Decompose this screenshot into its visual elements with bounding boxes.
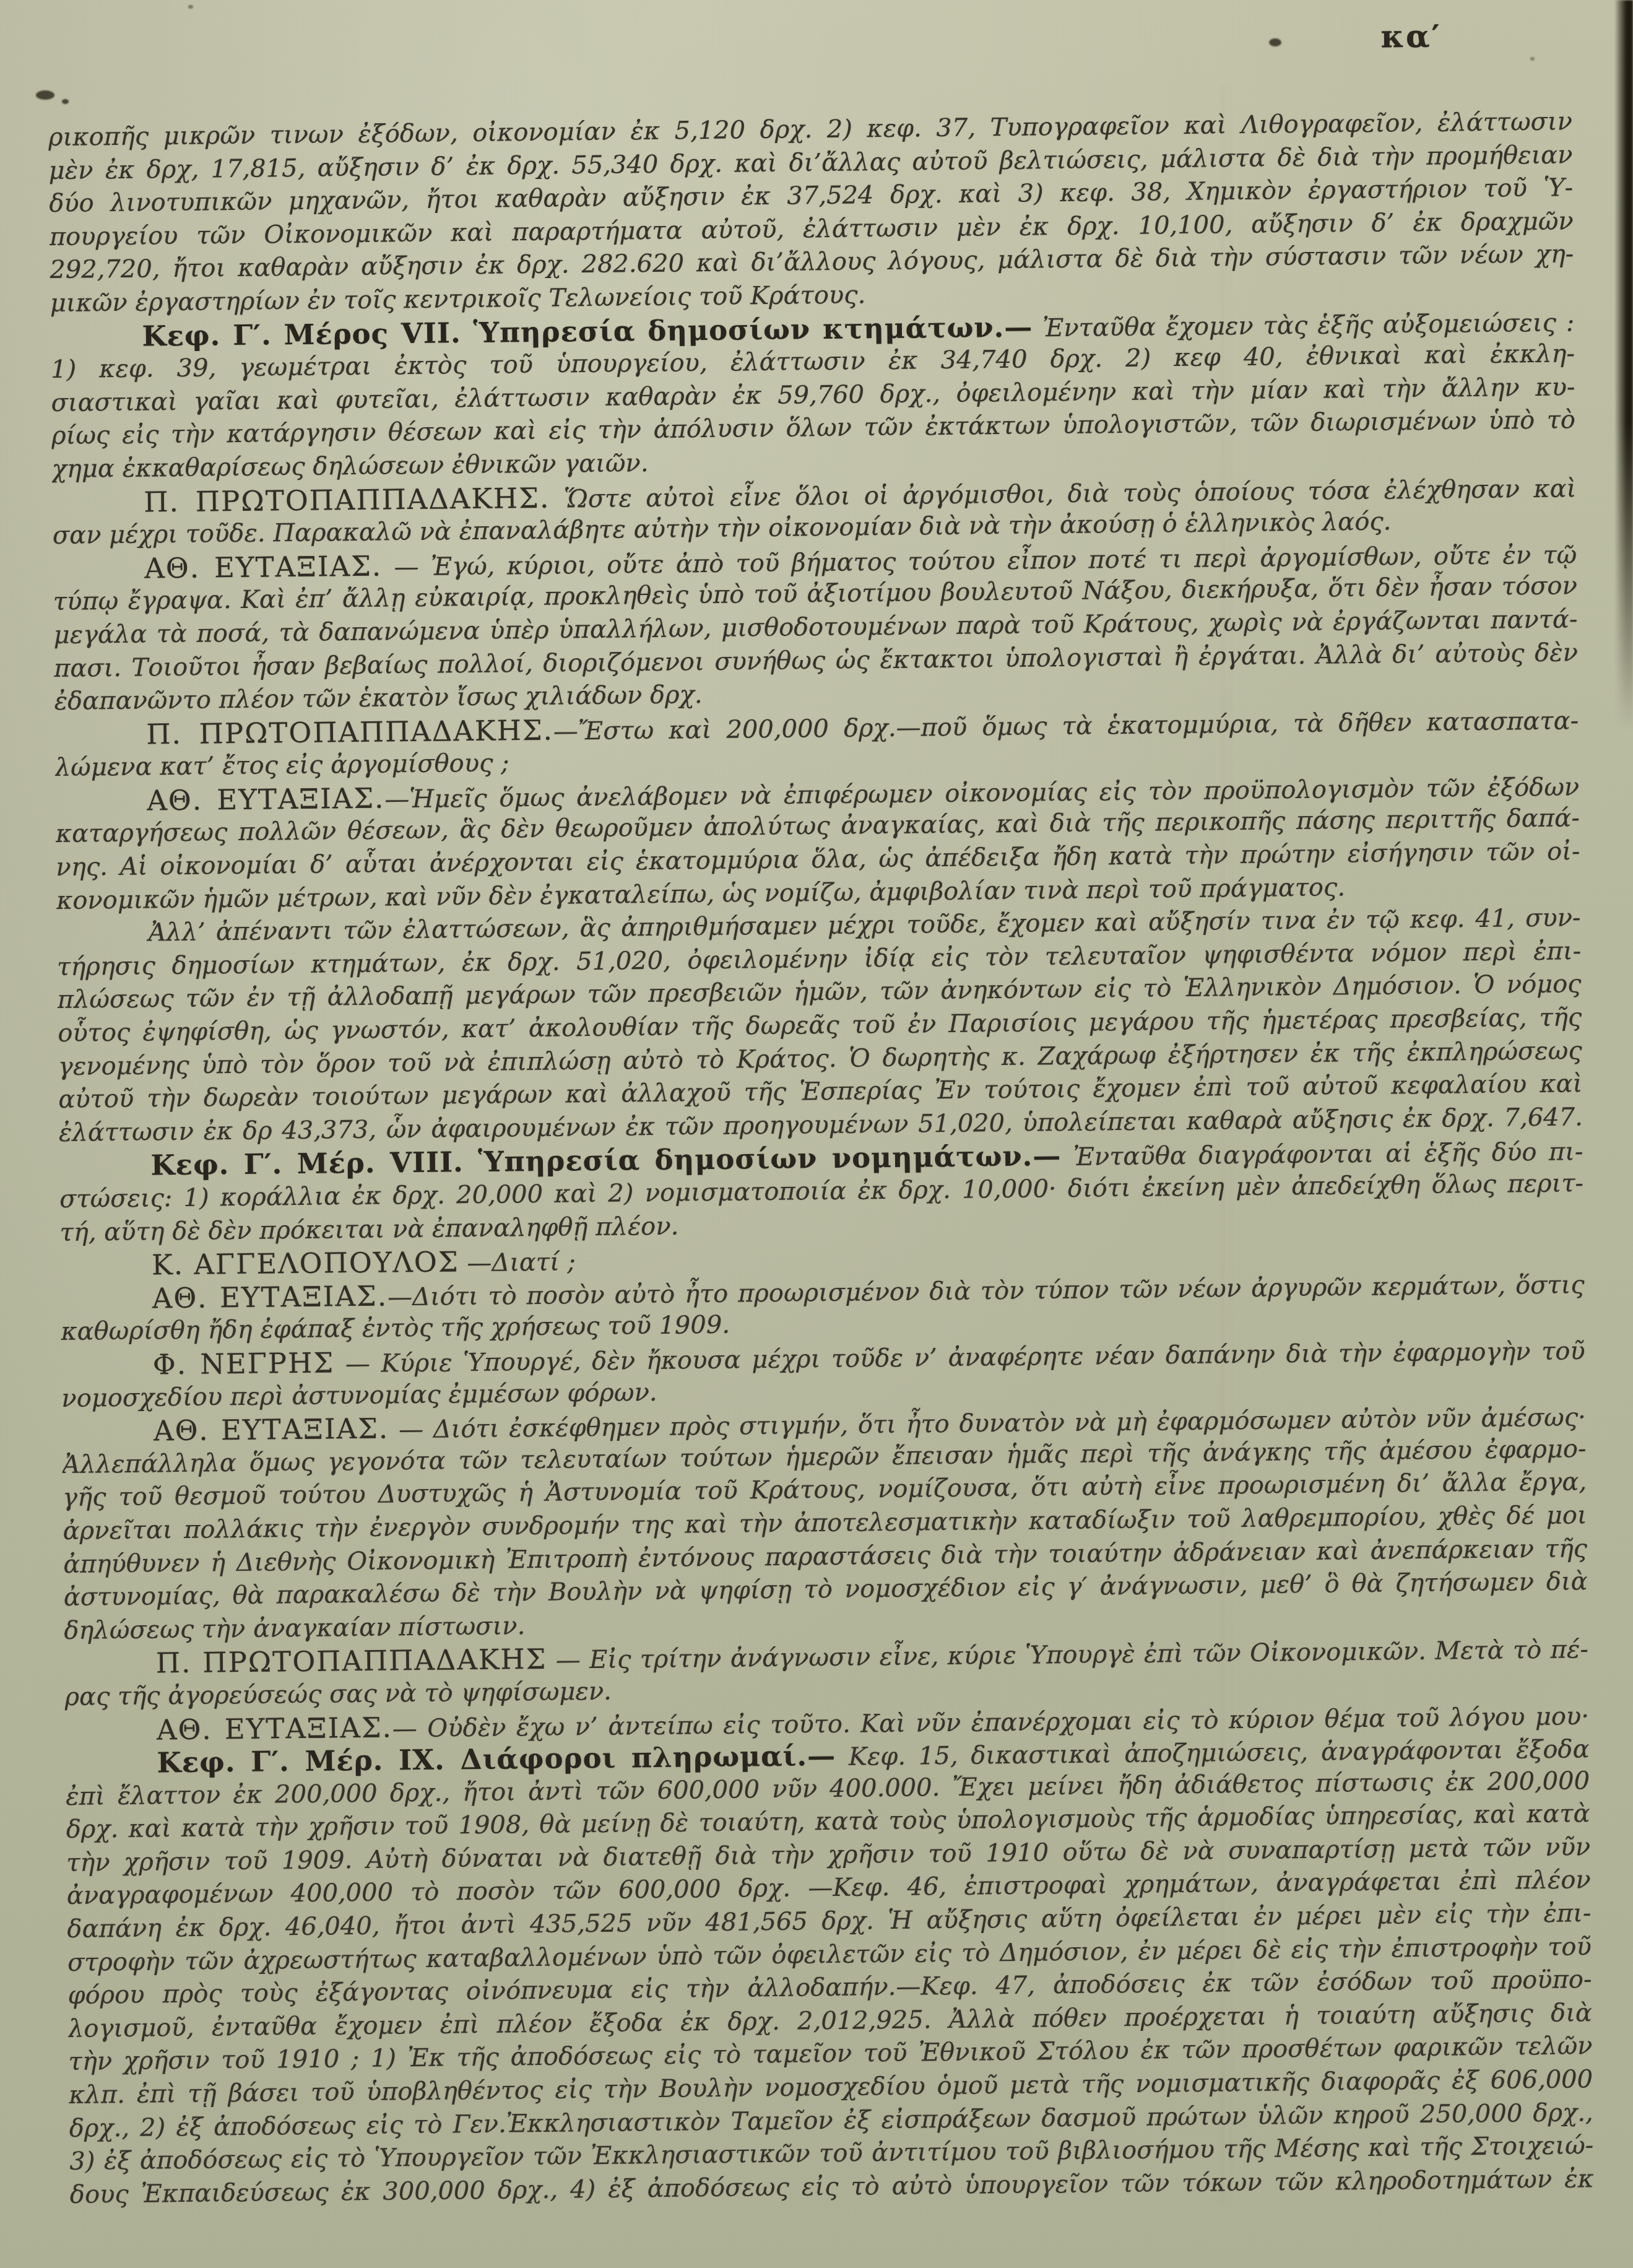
- body-text: δηλώσεως τὴν ἀναγκαίαν πίστωσιν.: [64, 1612, 525, 1645]
- speaker-name: ΑΘ. ΕΥΤΑΞΙΑΣ.: [154, 1412, 389, 1448]
- speaker-name: Π. ΠΡΩΤΟΠΑΠΠΑΔΑΚΗΣ.: [144, 481, 550, 518]
- speaker-name: Π. ΠΡΩΤΟΠΑΠΠΑΔΑΚΗΣ.: [146, 713, 553, 750]
- body-text: τή, αὕτη δὲ δὲν πρόκειται νὰ ἐπαναληφθῇ …: [59, 1212, 678, 1246]
- body-text: καθωρίσθη ἤδη ἐφάπαξ ἐντὸς τῆς χρήσεως τ…: [61, 1311, 730, 1346]
- body-text: λώμενα κατ’ ἔτος εἰς ἀργομίσθους ;: [55, 749, 509, 783]
- speaker-name: Π. ΠΡΩΤΟΠΑΠΠΑΔΑΚΗΣ: [156, 1643, 547, 1680]
- body-text: ἐδαπανῶντο πλέον τῶν ἑκατὸν ἴσως χιλιάδω…: [54, 680, 702, 716]
- speaker-name: Φ. ΝΕΓΡΗΣ: [153, 1346, 335, 1381]
- text-block: ρικοπῆς μικρῶν τινων ἐξόδων, οἰκονομίαν …: [48, 105, 1594, 2212]
- scanned-page: κα′ ρικοπῆς μικρῶν τινων ἐξόδων, οἰκονομ…: [0, 0, 1633, 2268]
- page-edge-shadow: [1614, 0, 1633, 731]
- speaker-name: ΑΘ. ΕΥΤΑΞΙΑΣ.: [157, 1711, 392, 1746]
- body-text: μικῶν ἐργαστηρίων ἐν τοῖς κεντρικοῖς Τελ…: [50, 280, 866, 318]
- body-text: νομοσχεδίου περὶ ἀστυνομίας ἐμμέσων φόρω…: [61, 1378, 657, 1413]
- speaker-name: Κ. ΑΓΓΕΛΟΠΟΥΛΟΣ: [152, 1245, 459, 1281]
- speaker-name: ΑΘ. ΕΥΤΑΞΙΑΣ.: [152, 1279, 388, 1314]
- page-number: κα′: [1380, 18, 1442, 55]
- speaker-name: ΑΘ. ΕΥΤΑΞΙΑΣ.: [147, 781, 385, 817]
- body-text: Ἐνταῦθα διαγράφονται αἱ ἑξῆς δύο πι-: [1061, 1138, 1583, 1172]
- speaker-name: ΑΘ. ΕΥΤΑΞΙΑΣ.: [144, 549, 382, 584]
- body-text: Ἐνταῦθα ἔχομεν τὰς ἑξῆς αὐξομειώσεις :: [1033, 308, 1575, 342]
- body-text: χημα ἐκκαθαρίσεως δηλώσεων ἐθνικῶν γαιῶν…: [51, 449, 648, 484]
- page-content: κα′ ρικοπῆς μικρῶν τινων ἐξόδων, οἰκονομ…: [0, 0, 1633, 2268]
- body-text: —Διατί ;: [459, 1248, 576, 1277]
- body-text: ρας τῆς ἀγορεύσεώς σας νὰ τὸ ψηφίσωμεν.: [64, 1677, 612, 1711]
